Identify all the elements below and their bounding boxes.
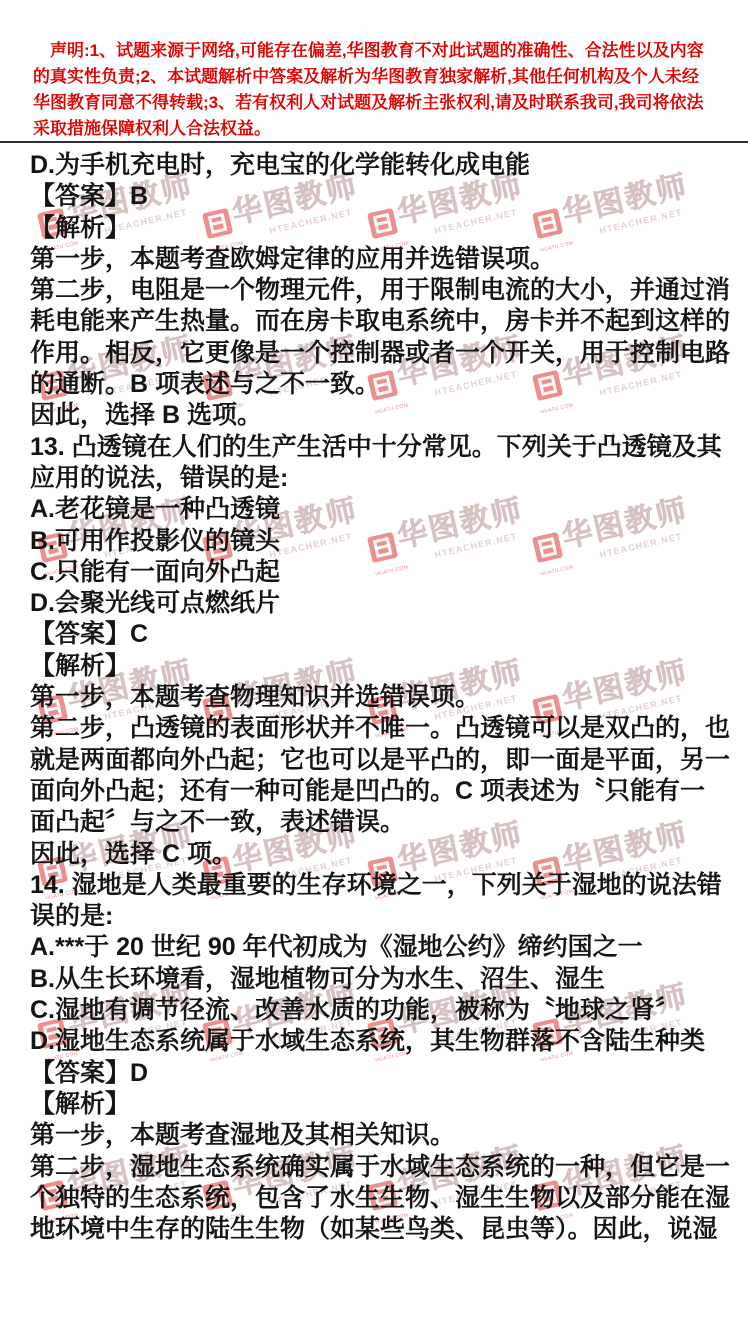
text-line: 【解析】: [30, 651, 748, 682]
text-line: 第一步，本题考查欧姆定律的应用并选错误项。: [30, 244, 748, 275]
text-line: B.从生长环境看，湿地植物可分为水生、沼生、湿生: [30, 964, 748, 995]
text-line: 作用。相反，它更像是一个控制器或者一个开关，用于控制电路: [30, 338, 748, 369]
text-line: 第二步，凸透镜的表面形状并不唯一。凸透镜可以是双凸的，也: [30, 713, 748, 744]
text-line: 应用的说法，错误的是:: [30, 463, 748, 494]
text-line: 因此，选择 B 选项。: [30, 400, 748, 431]
text-line: 【解析】: [30, 1089, 748, 1120]
disclaimer-label: 声明:: [50, 41, 90, 60]
exam-content: D.为手机充电时，充电宝的化学能转化成电能【答案】B【解析】第一步，本题考查欧姆…: [30, 150, 748, 1245]
text-line: 地环境中生存的陆生生物（如某些鸟类、昆虫等）。因此，说湿: [30, 1214, 748, 1245]
text-line: 14. 湿地是人类最重要的生存环境之一，下列关于湿地的说法错: [30, 870, 748, 901]
text-line: 第二步，湿地生态系统确实属于水域生态系统的一种，但它是一: [30, 1152, 748, 1183]
text-line: 的通断。B 项表述与之不一致。: [30, 369, 748, 400]
text-line: 误的是:: [30, 901, 748, 932]
disclaimer-line: 华图教育同意不得转载;3、若有权利人对试题及解析主张权利,请及时联系我司,我司将…: [33, 90, 740, 116]
text-line: C.只能有一面向外凸起: [30, 557, 748, 588]
disclaimer-line: 的真实性负责;2、本试题解析中答案及解析为华图教育独家解析,其他任何机构及个人未…: [33, 64, 740, 90]
text-line: D.为手机充电时，充电宝的化学能转化成电能: [30, 150, 748, 181]
text-line: 第一步，本题考查湿地及其相关知识。: [30, 1120, 748, 1151]
disclaimer-line: 采取措施保障权利人合法权益。: [33, 116, 740, 142]
text-line: 个独特的生态系统，包含了水生生物、湿生生物以及部分能在湿: [30, 1183, 748, 1214]
text-line: 就是两面都向外凸起；它也可以是平凸的，即一面是平面，另一: [30, 745, 748, 776]
text-line: C.湿地有调节径流、改善水质的功能，被称为〝地球之肾〞: [30, 995, 748, 1026]
text-line: 第二步，电阻是一个物理元件，用于限制电流的大小，并通过消: [30, 275, 748, 306]
disclaimer: 声明:1、试题来源于网络,可能存在偏差,华图教育不对此试题的准确性、合法性以及内…: [33, 38, 740, 142]
text-line: A.老花镜是一种凸透镜: [30, 494, 748, 525]
text-line: 面凸起〞与之不一致，表述错误。: [30, 807, 748, 838]
text-line: A.***于 20 世纪 90 年代初成为《湿地公约》缔约国之一: [30, 932, 748, 963]
text-line: B.可用作投影仪的镜头: [30, 526, 748, 557]
text-line: 【答案】C: [30, 619, 748, 650]
text-line: 13. 凸透镜在人们的生产生活中十分常见。下列关于凸透镜及其: [30, 432, 748, 463]
text-line: 耗电能来产生热量。而在房卡取电系统中，房卡并不起到这样的: [30, 306, 748, 337]
disclaimer-line: 声明:1、试题来源于网络,可能存在偏差,华图教育不对此试题的准确性、合法性以及内…: [33, 38, 740, 64]
text-line: 第一步，本题考查物理知识并选错误项。: [30, 682, 748, 713]
text-line: D.会聚光线可点燃纸片: [30, 588, 748, 619]
text-line: 面向外凸起；还有一种可能是凹凸的。C 项表述为〝只能有一: [30, 776, 748, 807]
divider: [0, 141, 748, 143]
text-line: D.湿地生态系统属于水域生态系统，其生物群落不含陆生种类: [30, 1026, 748, 1057]
text-line: 【解析】: [30, 213, 748, 244]
text-line: 因此，选择 C 项。: [30, 839, 748, 870]
text-line: 【答案】D: [30, 1058, 748, 1089]
document-page: 华图教师HUATU.COMHTEACHER.NET华图教师HUATU.COMHT…: [0, 0, 748, 1335]
text-line: 【答案】B: [30, 181, 748, 212]
disclaimer-text: 1、试题来源于网络,可能存在偏差,华图教育不对此试题的准确性、合法性以及内容: [90, 41, 704, 60]
